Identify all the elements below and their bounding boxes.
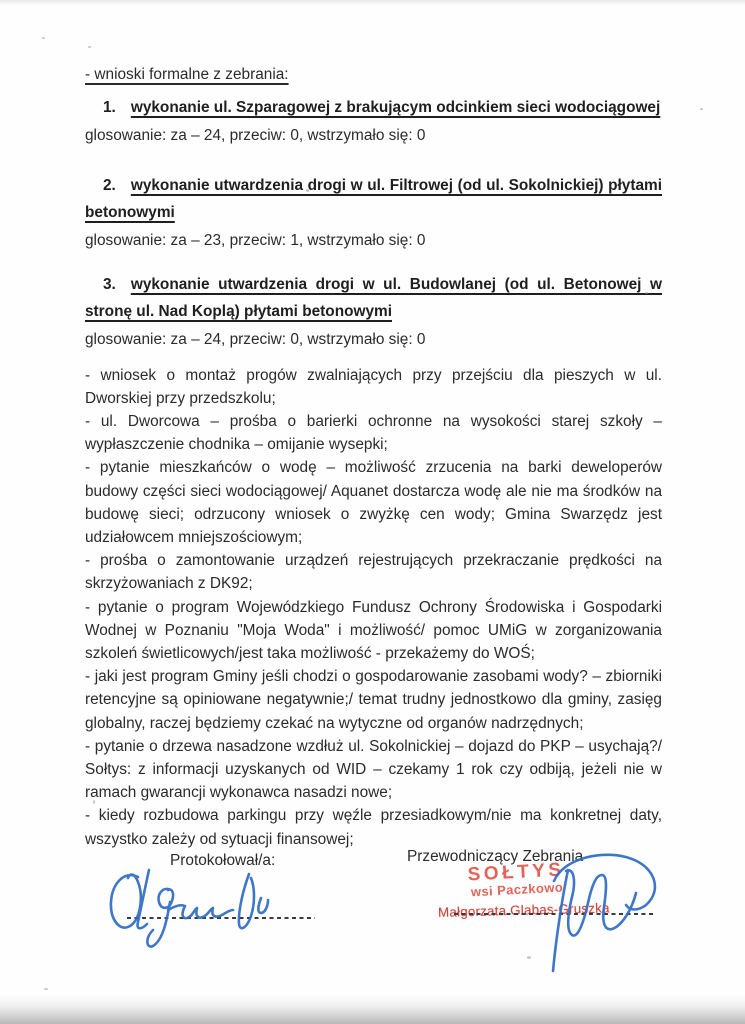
- scan-edge-shadow-top: [0, 0, 745, 5]
- motion-title: wykonanie utwardzenia drogi w ul. Budowl…: [85, 276, 662, 321]
- vote-result: glosowanie: za – 24, przeciw: 0, wstrzym…: [85, 329, 662, 351]
- motion-title: wykonanie utwardzenia drogi w ul. Filtro…: [85, 177, 662, 222]
- minutes-paragraph: - wniosek o montaż progów zwalniających …: [85, 364, 662, 410]
- motion-number: 1.: [103, 99, 116, 116]
- minutes-paragraph: - prośba o zamontowanie urządzeń rejestr…: [85, 549, 662, 595]
- handwritten-signature-left: [104, 865, 276, 961]
- minutes-paragraph: - pytanie o drzewa nasadzone wzdłuż ul. …: [85, 735, 662, 805]
- minutes-paragraph: - ul. Dworcowa – prośba o barierki ochro…: [85, 410, 662, 456]
- scan-artifact-speck: [88, 46, 91, 48]
- minutes-paragraph: - pytanie mieszkańców o wodę – możliwość…: [85, 456, 662, 549]
- scan-artifact-speck: [42, 37, 45, 39]
- scan-artifact-speck: [700, 108, 703, 110]
- scan-artifact-speck: [93, 800, 95, 804]
- motion-item-3: 3.wykonanie utwardzenia drogi w ul. Budo…: [85, 271, 662, 351]
- scan-artifact-speck: [306, 189, 309, 192]
- motion-title: wykonanie ul. Szparagowej z brakującym o…: [131, 99, 660, 116]
- scan-edge-shadow-bottom: [0, 996, 745, 1024]
- scanned-minutes-page: - wnioski formalne z zebrania: 1.wykonan…: [0, 0, 745, 1024]
- minutes-paragraph: - pytanie o program Wojewódzkiego Fundus…: [85, 596, 662, 666]
- motion-item-1: 1.wykonanie ul. Szparagowej z brakującym…: [85, 94, 662, 147]
- section-heading: - wnioski formalne z zebrania:: [85, 64, 662, 86]
- motion-number: 2.: [103, 177, 116, 194]
- scan-artifact-speck: [44, 988, 48, 990]
- discussion-notes: - wniosek o montaż progów zwalniających …: [85, 364, 662, 851]
- minutes-paragraph: - jaki jest program Gminy jeśli chodzi o…: [85, 665, 662, 735]
- scan-artifact-speck: [645, 292, 648, 294]
- handwritten-signature-right: [538, 846, 664, 974]
- motion-item-2: 2.wykonanie utwardzenia drogi w ul. Filt…: [85, 172, 662, 252]
- document-body: - wnioski formalne z zebrania: 1.wykonan…: [85, 64, 662, 851]
- vote-result: glosowanie: za – 24, przeciw: 0, wstrzym…: [85, 125, 662, 147]
- motion-number: 3.: [103, 276, 116, 293]
- scan-artifact-speck: [527, 956, 531, 959]
- vote-result: glosowanie: za – 23, przeciw: 1, wstrzym…: [85, 230, 662, 252]
- signature-section: Protokołował/a: Przewodniczący Zebrania …: [0, 843, 745, 1003]
